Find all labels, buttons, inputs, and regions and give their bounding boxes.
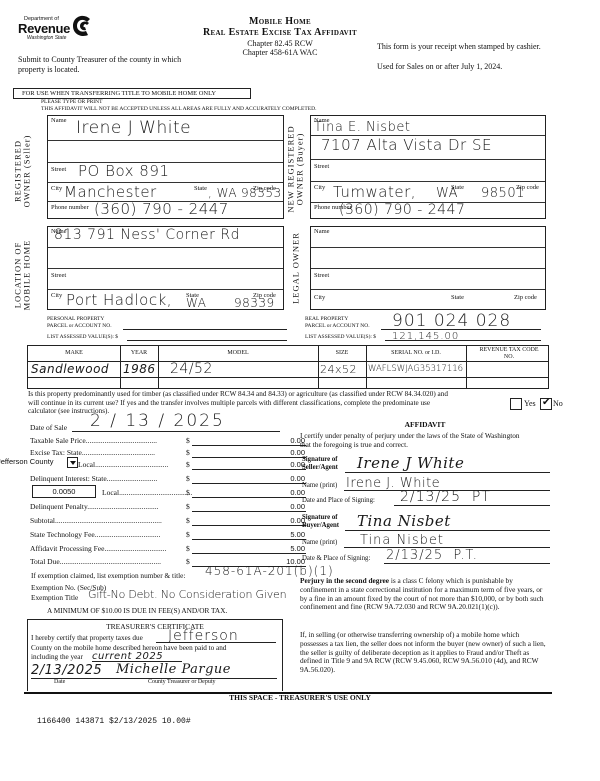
seller-signature-label: Signature of Seller/Agent	[302, 456, 338, 472]
seller-section-label: REGISTERED OWNER (Seller)	[14, 124, 36, 219]
form-title: Mobile Home Real Estate Excise Tax Affid…	[180, 16, 380, 57]
treasurer-use-only-label: THIS SPACE - TREASURER'S USE ONLY	[0, 693, 600, 702]
seller-phone-field[interactable]: (360) 790 - 2447	[94, 200, 229, 218]
seller-date-place-label: Date and Place of Signing:	[302, 497, 375, 504]
fee-state-technology: State Technology Fee....................…	[30, 528, 280, 540]
legal-name-label: Name	[314, 228, 330, 235]
date-of-sale-line	[72, 431, 280, 432]
buyer-date-place-field[interactable]: 2/13/25 P.T.	[386, 548, 478, 563]
title-line1: Mobile Home	[180, 16, 380, 27]
location-city-label: City	[51, 292, 62, 299]
table-header-tax-code: REVENUE TAX CODE NO.	[474, 347, 544, 360]
exemption-claim-label: If exemption claimed, list exemption num…	[31, 571, 185, 580]
location-state-field[interactable]: WA	[186, 296, 206, 310]
legal-state-label: State	[451, 294, 464, 301]
seller-name-row: Name Irene J White	[48, 116, 283, 141]
seller-box: Name Irene J White Street PO Box 891 Cit…	[47, 115, 284, 219]
seller-name-label: Name	[51, 117, 67, 124]
no-checkbox[interactable]: ✔	[540, 398, 552, 410]
logo-revenue-text: Revenue	[18, 21, 70, 36]
receipt-note: This form is your receipt when stamped b…	[377, 42, 547, 52]
table-header-model: MODEL	[158, 350, 318, 356]
fee-taxable-sale-price: Taxable Sale Price......................…	[30, 434, 280, 446]
personal-parcel-field[interactable]	[123, 329, 287, 330]
fee-affidavit-processing: Affidavit Processing Fee................…	[30, 542, 280, 554]
affidavit-title: AFFIDAVIT	[300, 420, 550, 429]
location-city-row: City State Zip code Port Hadlock, WA 983…	[48, 290, 283, 310]
buyer-signature-field[interactable]: Tina Nisbet	[357, 512, 451, 530]
seller-city-field[interactable]: Manchester	[64, 183, 157, 201]
legal-city-row: City State Zip code	[311, 290, 545, 310]
table-cell-serial[interactable]: WAFLSWJAG35317116	[368, 364, 463, 374]
delinquent-interest-state-value[interactable]: 0.00	[192, 474, 306, 484]
buyer-phone-row: Phone number (360) 790 - 2447	[311, 203, 545, 219]
affidavit-processing-fee-value[interactable]: 5.00	[192, 544, 306, 554]
delinquent-penalty-value[interactable]: 0.00	[192, 502, 306, 512]
seller-date-place-line	[394, 505, 550, 506]
legal-city-label: City	[314, 294, 325, 301]
buyer-street-label: Street	[314, 163, 329, 170]
fee-excise-local: Local...................................…	[30, 458, 280, 470]
affidavit-intro: I certify under penalty of perjury under…	[300, 431, 532, 449]
table-cell-model[interactable]: 24/52	[170, 361, 213, 377]
location-section-label: LOCATION OF MOBILE HOME	[14, 228, 36, 323]
perjury-notice: Perjury in the second degree is a class …	[300, 577, 550, 612]
seller-phone-label: Phone number	[51, 204, 89, 211]
dor-logo: Department of Revenue Washington State	[14, 14, 94, 44]
treasurer-line1: I hereby certify that property taxes due	[31, 634, 143, 642]
excise-local-value[interactable]: 0.00	[192, 460, 306, 470]
buyer-street-row: Street	[311, 160, 545, 182]
legal-zip-label: Zip code	[514, 294, 537, 301]
location-city-field[interactable]: Port Hadlock,	[66, 291, 172, 309]
tax-lien-notice: If, in selling (or otherwise transferrin…	[300, 631, 548, 675]
exemption-title-label: Exemption Title	[31, 593, 78, 602]
treasurer-line3: including the year	[31, 653, 83, 661]
logo-state-text: Washington State	[27, 35, 66, 41]
legal-owner-box: Name Street City State Zip code	[310, 226, 546, 310]
buyer-date-place-label: Date & Place of Signing:	[302, 555, 370, 562]
minimum-fee-note: A MINIMUM OF $10.00 IS DUE IN FEE(S) AND…	[47, 606, 227, 615]
seller-name-print-label: Name (print)	[302, 482, 337, 489]
seller-zip-field[interactable]: 98353	[241, 186, 282, 200]
legal-name-row-2	[311, 248, 545, 269]
buyer-date-place-line	[384, 563, 550, 564]
legal-street-row: Street	[311, 269, 545, 290]
exemption-title-field[interactable]: Gift-No Debt. No Consideration Given	[88, 588, 286, 601]
treasurer-stamp: 1166400 143871 $2/13/2025 10.00#	[37, 717, 191, 726]
buyer-zip-field[interactable]: 98501	[481, 186, 525, 201]
treasurer-signature[interactable]: Michelle Pargue	[116, 662, 231, 677]
excise-state-value[interactable]: 0.00	[192, 448, 306, 458]
real-assessed-value[interactable]: 121,145.00	[392, 331, 459, 342]
subtotal-value[interactable]: 0.00	[192, 516, 306, 526]
table-header-serial: SERIAL NO. or I.D.	[366, 350, 466, 356]
table-cell-year[interactable]: 1986	[123, 362, 156, 376]
legal-owner-section-label: LEGAL OWNER	[292, 221, 304, 316]
location-name-field[interactable]: 813 791 Ness' Corner Rd	[54, 227, 240, 243]
buyer-signature-label: Signature of Buyer/Agent	[302, 514, 339, 530]
seller-state-label: State	[194, 185, 207, 192]
location-street-label: Street	[51, 272, 66, 279]
seller-state-field[interactable]: , WA	[208, 186, 237, 200]
seller-street-field[interactable]: PO Box 891	[78, 162, 169, 180]
location-zip-field[interactable]: 98339	[234, 296, 275, 310]
table-cell-size[interactable]: 24x52	[320, 363, 357, 376]
treasurer-county-field[interactable]: Jefferson	[168, 628, 239, 644]
checkmark-icon: ✔	[542, 397, 550, 408]
delinquent-interest-local-value[interactable]: 0.00	[192, 488, 306, 498]
fee-delinquent-interest-local: Local...................................…	[30, 486, 280, 498]
accept-warning: THIS AFFIDAVIT WILL NOT BE ACCEPTED UNLE…	[41, 106, 316, 112]
personal-property-block: PERSONAL PROPERTY PARCEL or ACCOUNT NO. …	[47, 316, 287, 341]
location-box: Name 813 791 Ness' Corner Rd Street City…	[47, 226, 284, 310]
table-cell-make[interactable]: Sandlewood	[31, 362, 109, 376]
state-technology-fee-value[interactable]: 5.00	[192, 530, 306, 540]
treasurer-sig-label: County Treasurer or Deputy	[148, 679, 216, 685]
legal-street-label: Street	[314, 272, 329, 279]
used-for-note: Used for Sales on or after July 1, 2024.	[377, 62, 577, 71]
buyer-name-field[interactable]: Tina E. Nisbet	[314, 120, 410, 135]
legal-name-row: Name	[311, 227, 545, 248]
location-street-row: Street	[48, 269, 283, 290]
buyer-city-label: City	[314, 184, 325, 191]
buyer-name-print-field[interactable]: Tina Nisbet	[360, 533, 444, 548]
type-or-print-note: PLEASE TYPE OR PRINT	[41, 99, 102, 105]
no-label: No	[553, 399, 563, 408]
buyer-city-field[interactable]: Tumwater,	[333, 183, 416, 201]
seller-signature-line	[345, 472, 550, 473]
date-of-sale-field[interactable]: 2 / 13 / 2025	[90, 411, 225, 431]
buyer-name-row: Name Tina E. Nisbet	[311, 116, 545, 136]
buyer-state-field[interactable]: WA	[436, 186, 458, 201]
table-header-year: YEAR	[120, 350, 158, 356]
table-header-size: SIZE	[318, 350, 366, 356]
seller-name-field[interactable]: Irene J White	[76, 118, 191, 138]
seller-street-row: Street PO Box 891	[48, 163, 283, 183]
seller-signature-field[interactable]: Irene J White	[357, 454, 464, 472]
treasurer-date-label: Date	[54, 679, 65, 685]
buyer-name-print-label: Name (print)	[302, 539, 337, 546]
date-of-sale-label: Date of Sale	[30, 423, 67, 432]
buyer-signature-line	[345, 530, 550, 531]
fee-delinquent-interest-state: Delinquent Interest: State..............…	[30, 472, 280, 484]
buyer-section-label: NEW REGISTERED OWNER (Buyer)	[287, 122, 309, 217]
location-name-row: Name 813 791 Ness' Corner Rd	[48, 227, 283, 248]
seller-name-row-2	[48, 141, 283, 163]
yes-label: Yes	[524, 399, 536, 408]
yes-checkbox[interactable]	[510, 398, 522, 410]
buyer-name-row-2: 7107 Alta Vista Dr SE	[311, 136, 545, 160]
title-line2: Real Estate Excise Tax Affidavit	[180, 27, 380, 38]
treasurer-certificate: TREASURER'S CERTIFICATE I hereby certify…	[27, 619, 283, 691]
seller-date-place-field[interactable]: 2/13/25 PT	[400, 489, 491, 505]
table-header-make: MAKE	[28, 350, 120, 356]
buyer-phone-field[interactable]: (360) 790 - 2447	[339, 202, 465, 218]
treasurer-title: TREASURER'S CERTIFICATE	[28, 622, 282, 631]
buyer-box: Name Tina E. Nisbet 7107 Alta Vista Dr S…	[310, 115, 546, 219]
fee-subtotal: Subtotal................................…	[30, 514, 280, 526]
transfer-only-box: FOR USE WHEN TRANSFERRING TITLE TO MOBIL…	[13, 88, 251, 99]
treasurer-date-field[interactable]: 2/13/2025	[31, 663, 102, 678]
seller-phone-row: Phone number (360) 790 - 2447	[48, 202, 283, 219]
seller-city-label: City	[51, 185, 62, 192]
location-name-row-2	[48, 248, 283, 269]
mobile-home-table: MAKE YEAR MODEL SIZE SERIAL NO. or I.D. …	[27, 345, 549, 389]
chapter-rcw: Chapter 82.45 RCW	[180, 39, 380, 48]
dor-swirl-logo-icon	[70, 14, 94, 38]
treasurer-year-field[interactable]: current 2025	[92, 651, 163, 662]
fee-delinquent-penalty: Delinquent Penalty......................…	[30, 500, 280, 512]
chapter-wac: Chapter 458-61A WAC	[180, 48, 380, 57]
submit-note: Submit to County Treasurer of the county…	[18, 55, 193, 75]
seller-street-label: Street	[51, 166, 66, 173]
personal-value-field[interactable]	[127, 340, 287, 341]
buyer-city-row: City State Zip code Tumwater, WA 98501	[311, 182, 545, 203]
real-parcel-value[interactable]: 901 024 028	[392, 311, 511, 331]
taxable-sale-price-value[interactable]: 0.00	[192, 436, 306, 446]
buyer-name-line2-field[interactable]: 7107 Alta Vista Dr SE	[321, 136, 492, 154]
